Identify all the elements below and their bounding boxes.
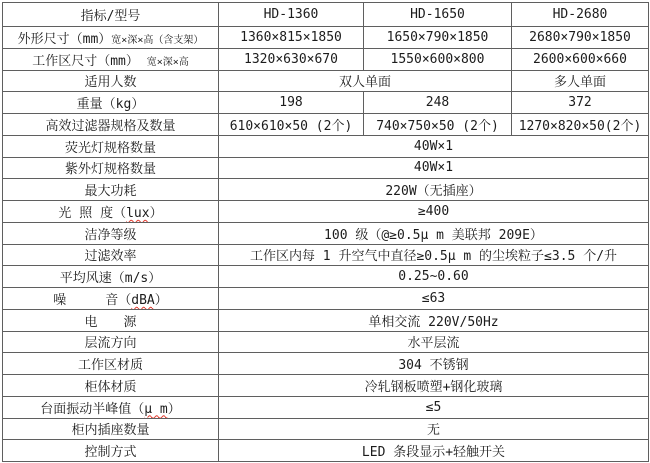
spec-label-misspelled: dBA bbox=[131, 293, 154, 308]
spec-value: 220W（无插座） bbox=[219, 179, 649, 201]
spec-label-text: 高效过滤器规格及数量 bbox=[45, 119, 175, 134]
spec-value: 1270×820×50(2个) bbox=[512, 114, 649, 136]
spec-value-text: 220W（无插座） bbox=[385, 184, 481, 199]
spec-value-text: 40W×1 bbox=[414, 139, 453, 154]
header-label: 指标/型号 bbox=[3, 3, 219, 27]
model-name-text: HD-1650 bbox=[410, 7, 465, 22]
spec-label-text: ） bbox=[150, 206, 163, 221]
spec-value: 304 不锈钢 bbox=[219, 353, 649, 375]
spec-label: 高效过滤器规格及数量 bbox=[3, 114, 219, 136]
spec-label: 电 源 bbox=[3, 309, 219, 331]
spec-value-text: 0.25~0.60 bbox=[398, 269, 468, 284]
header-row: 指标/型号 HD-1360 HD-1650 HD-2680 bbox=[3, 3, 649, 27]
table-row: 控制方式 LED 条段显示+轻触开关 bbox=[3, 440, 649, 462]
spec-table-container: 指标/型号 HD-1360 HD-1650 HD-2680 外形尺寸（mm）宽×… bbox=[2, 2, 649, 462]
spec-label-text: 外形尺寸（mm） bbox=[18, 32, 112, 47]
spec-label-text: 紫外灯规格数量 bbox=[65, 162, 156, 177]
spec-value: 1650×790×1850 bbox=[364, 27, 512, 49]
table-row: 光 照 度（lux） ≥400 bbox=[3, 201, 649, 223]
spec-value-text: 工作区内每 1 升空气中直径≥0.5μ m 的尘埃粒子≤3.5 个/升 bbox=[250, 249, 617, 264]
spec-value: LED 条段显示+轻触开关 bbox=[219, 440, 649, 462]
spec-label: 荧光灯规格数量 bbox=[3, 135, 219, 157]
spec-label: 洁净等级 bbox=[3, 222, 219, 244]
spec-value-text: 2680×790×1850 bbox=[529, 30, 631, 45]
spec-label-text: 工作区尺寸（mm） bbox=[32, 54, 139, 69]
spec-label-small: 宽×深×高 bbox=[147, 57, 189, 68]
spec-label-text: 荧光灯规格数量 bbox=[65, 141, 156, 156]
spec-label: 控制方式 bbox=[3, 440, 219, 462]
spec-label-text: 光 照 度（ bbox=[58, 206, 126, 221]
spec-label-text: 洁净等级 bbox=[84, 228, 136, 243]
spec-label-text: 过滤效率 bbox=[84, 249, 136, 264]
table-row: 适用人数 双人单面 多人单面 bbox=[3, 70, 649, 92]
model-name: HD-2680 bbox=[512, 3, 649, 27]
spec-label-text: 重量（kg） bbox=[77, 97, 145, 112]
table-row: 噪 音（dBA） ≤63 bbox=[3, 288, 649, 310]
table-row: 荧光灯规格数量 40W×1 bbox=[3, 135, 649, 157]
spec-table: 指标/型号 HD-1360 HD-1650 HD-2680 外形尺寸（mm）宽×… bbox=[2, 2, 649, 462]
spec-label: 平均风速（m/s） bbox=[3, 266, 219, 288]
spec-value-text: 198 bbox=[279, 95, 302, 110]
spec-label-text: ） bbox=[168, 402, 181, 417]
header-label-text: 指标/型号 bbox=[81, 9, 141, 24]
spec-value-text: 水平层流 bbox=[407, 336, 459, 351]
table-row: 最大功耗 220W（无插座） bbox=[3, 179, 649, 201]
table-row: 柜内插座数量 无 bbox=[3, 418, 649, 440]
spec-value: 2680×790×1850 bbox=[512, 27, 649, 49]
spec-value-text: 248 bbox=[426, 95, 449, 110]
spec-label: 柜体材质 bbox=[3, 375, 219, 397]
spec-label-text: 柜内插座数量 bbox=[71, 423, 149, 438]
spec-value: 1360×815×1850 bbox=[219, 27, 364, 49]
spec-value: 40W×1 bbox=[219, 135, 649, 157]
table-row: 层流方向 水平层流 bbox=[3, 331, 649, 353]
spec-value: 198 bbox=[219, 92, 364, 114]
model-name: HD-1650 bbox=[364, 3, 512, 27]
spec-label-text: ） bbox=[155, 293, 168, 308]
table-row: 台面振动半峰值（μ m） ≤5 bbox=[3, 396, 649, 418]
model-name-text: HD-2680 bbox=[553, 7, 608, 22]
spec-value: 248 bbox=[364, 92, 512, 114]
spec-label-text: 工作区材质 bbox=[78, 358, 143, 373]
spec-value-text: 1550×600×800 bbox=[391, 52, 485, 67]
table-row: 过滤效率 工作区内每 1 升空气中直径≥0.5μ m 的尘埃粒子≤3.5 个/升 bbox=[3, 244, 649, 266]
spec-value-text: 100 级（@≥0.5μ m 美联邦 209E） bbox=[324, 228, 543, 243]
spec-value: 无 bbox=[219, 418, 649, 440]
spec-label-text: 控制方式 bbox=[84, 445, 136, 460]
spec-value-text: 40W×1 bbox=[414, 160, 453, 175]
spec-label: 工作区材质 bbox=[3, 353, 219, 375]
spec-label: 台面振动半峰值（μ m） bbox=[3, 396, 219, 418]
spec-value-text: 多人单面 bbox=[554, 75, 606, 90]
spec-label-small: 宽×深×高（含支架） bbox=[111, 35, 203, 46]
spec-label: 光 照 度（lux） bbox=[3, 201, 219, 223]
spec-label-text: 电 源 bbox=[84, 315, 136, 330]
spec-value-text: 无 bbox=[427, 423, 440, 438]
spec-value-text: 冷轧钢板喷塑+钢化玻璃 bbox=[365, 380, 503, 395]
table-row: 工作区材质 304 不锈钢 bbox=[3, 353, 649, 375]
table-row: 紫外灯规格数量 40W×1 bbox=[3, 157, 649, 179]
spec-label: 工作区尺寸（mm） 宽×深×高 bbox=[3, 48, 219, 70]
spec-value-text: ≤5 bbox=[426, 400, 442, 415]
spec-value-text: 304 不锈钢 bbox=[398, 358, 468, 373]
spec-value-text: 740×750×50 (2个) bbox=[376, 119, 499, 134]
spec-label-misspelled: μ m bbox=[144, 402, 167, 417]
spec-value: ≤63 bbox=[219, 288, 649, 310]
table-row: 洁净等级 100 级（@≥0.5μ m 美联邦 209E） bbox=[3, 222, 649, 244]
spec-label-text: 适用人数 bbox=[84, 75, 136, 90]
spec-value: ≥400 bbox=[219, 201, 649, 223]
spec-value-text: 单相交流 220V/50Hz bbox=[368, 315, 498, 330]
spec-label: 噪 音（dBA） bbox=[3, 288, 219, 310]
table-row: 工作区尺寸（mm） 宽×深×高 1320×630×670 1550×600×80… bbox=[3, 48, 649, 70]
spec-value-text: 610×610×50 (2个) bbox=[230, 119, 353, 134]
spec-value: 1320×630×670 bbox=[219, 48, 364, 70]
spec-value-text: 1270×820×50(2个) bbox=[519, 119, 642, 134]
table-row: 重量（kg） 198 248 372 bbox=[3, 92, 649, 114]
spec-value: 水平层流 bbox=[219, 331, 649, 353]
spec-value-text: 2600×600×660 bbox=[533, 52, 627, 67]
spec-label: 适用人数 bbox=[3, 70, 219, 92]
spec-label-text: 平均风速（m/s） bbox=[60, 271, 161, 286]
spec-value: 100 级（@≥0.5μ m 美联邦 209E） bbox=[219, 222, 649, 244]
spec-label-text: 层流方向 bbox=[84, 336, 136, 351]
spec-label: 外形尺寸（mm）宽×深×高（含支架） bbox=[3, 27, 219, 49]
spec-value-text: ≥400 bbox=[418, 204, 449, 219]
spec-label-text: 最大功耗 bbox=[84, 184, 136, 199]
table-row: 外形尺寸（mm）宽×深×高（含支架） 1360×815×1850 1650×79… bbox=[3, 27, 649, 49]
spec-label: 过滤效率 bbox=[3, 244, 219, 266]
spec-label: 最大功耗 bbox=[3, 179, 219, 201]
spec-value: 多人单面 bbox=[512, 70, 649, 92]
spec-label: 柜内插座数量 bbox=[3, 418, 219, 440]
spec-value: 0.25~0.60 bbox=[219, 266, 649, 288]
spec-value-text: ≤63 bbox=[422, 291, 445, 306]
spec-value-text: 双人单面 bbox=[339, 75, 391, 90]
spec-value: 工作区内每 1 升空气中直径≥0.5μ m 的尘埃粒子≤3.5 个/升 bbox=[219, 244, 649, 266]
spec-value-text: 1650×790×1850 bbox=[387, 30, 489, 45]
spec-value-text: 1360×815×1850 bbox=[240, 30, 342, 45]
spec-label-text: 柜体材质 bbox=[84, 380, 136, 395]
table-row: 高效过滤器规格及数量 610×610×50 (2个) 740×750×50 (2… bbox=[3, 114, 649, 136]
model-name-text: HD-1360 bbox=[264, 7, 319, 22]
spec-value: 1550×600×800 bbox=[364, 48, 512, 70]
spec-value: 冷轧钢板喷塑+钢化玻璃 bbox=[219, 375, 649, 397]
spec-label-text: 噪 音（ bbox=[53, 293, 131, 308]
spec-label: 紫外灯规格数量 bbox=[3, 157, 219, 179]
spec-value: 740×750×50 (2个) bbox=[364, 114, 512, 136]
spec-label-misspelled: lux bbox=[126, 206, 149, 221]
spec-value: 372 bbox=[512, 92, 649, 114]
spec-value-text: LED 条段显示+轻触开关 bbox=[362, 445, 505, 460]
page: { "colors": { "background": "#ffffff", "… bbox=[0, 0, 650, 463]
spec-label: 重量（kg） bbox=[3, 92, 219, 114]
table-row: 平均风速（m/s） 0.25~0.60 bbox=[3, 266, 649, 288]
spec-value: 双人单面 bbox=[219, 70, 512, 92]
spec-value: 2600×600×660 bbox=[512, 48, 649, 70]
spec-value: ≤5 bbox=[219, 396, 649, 418]
table-row: 电 源 单相交流 220V/50Hz bbox=[3, 309, 649, 331]
table-row: 柜体材质 冷轧钢板喷塑+钢化玻璃 bbox=[3, 375, 649, 397]
spec-value: 单相交流 220V/50Hz bbox=[219, 309, 649, 331]
spec-value: 610×610×50 (2个) bbox=[219, 114, 364, 136]
model-name: HD-1360 bbox=[219, 3, 364, 27]
spec-value-text: 372 bbox=[568, 95, 591, 110]
spec-value-text: 1320×630×670 bbox=[244, 52, 338, 67]
spec-label-text: 台面振动半峰值（ bbox=[40, 402, 144, 417]
spec-value: 40W×1 bbox=[219, 157, 649, 179]
spec-label: 层流方向 bbox=[3, 331, 219, 353]
